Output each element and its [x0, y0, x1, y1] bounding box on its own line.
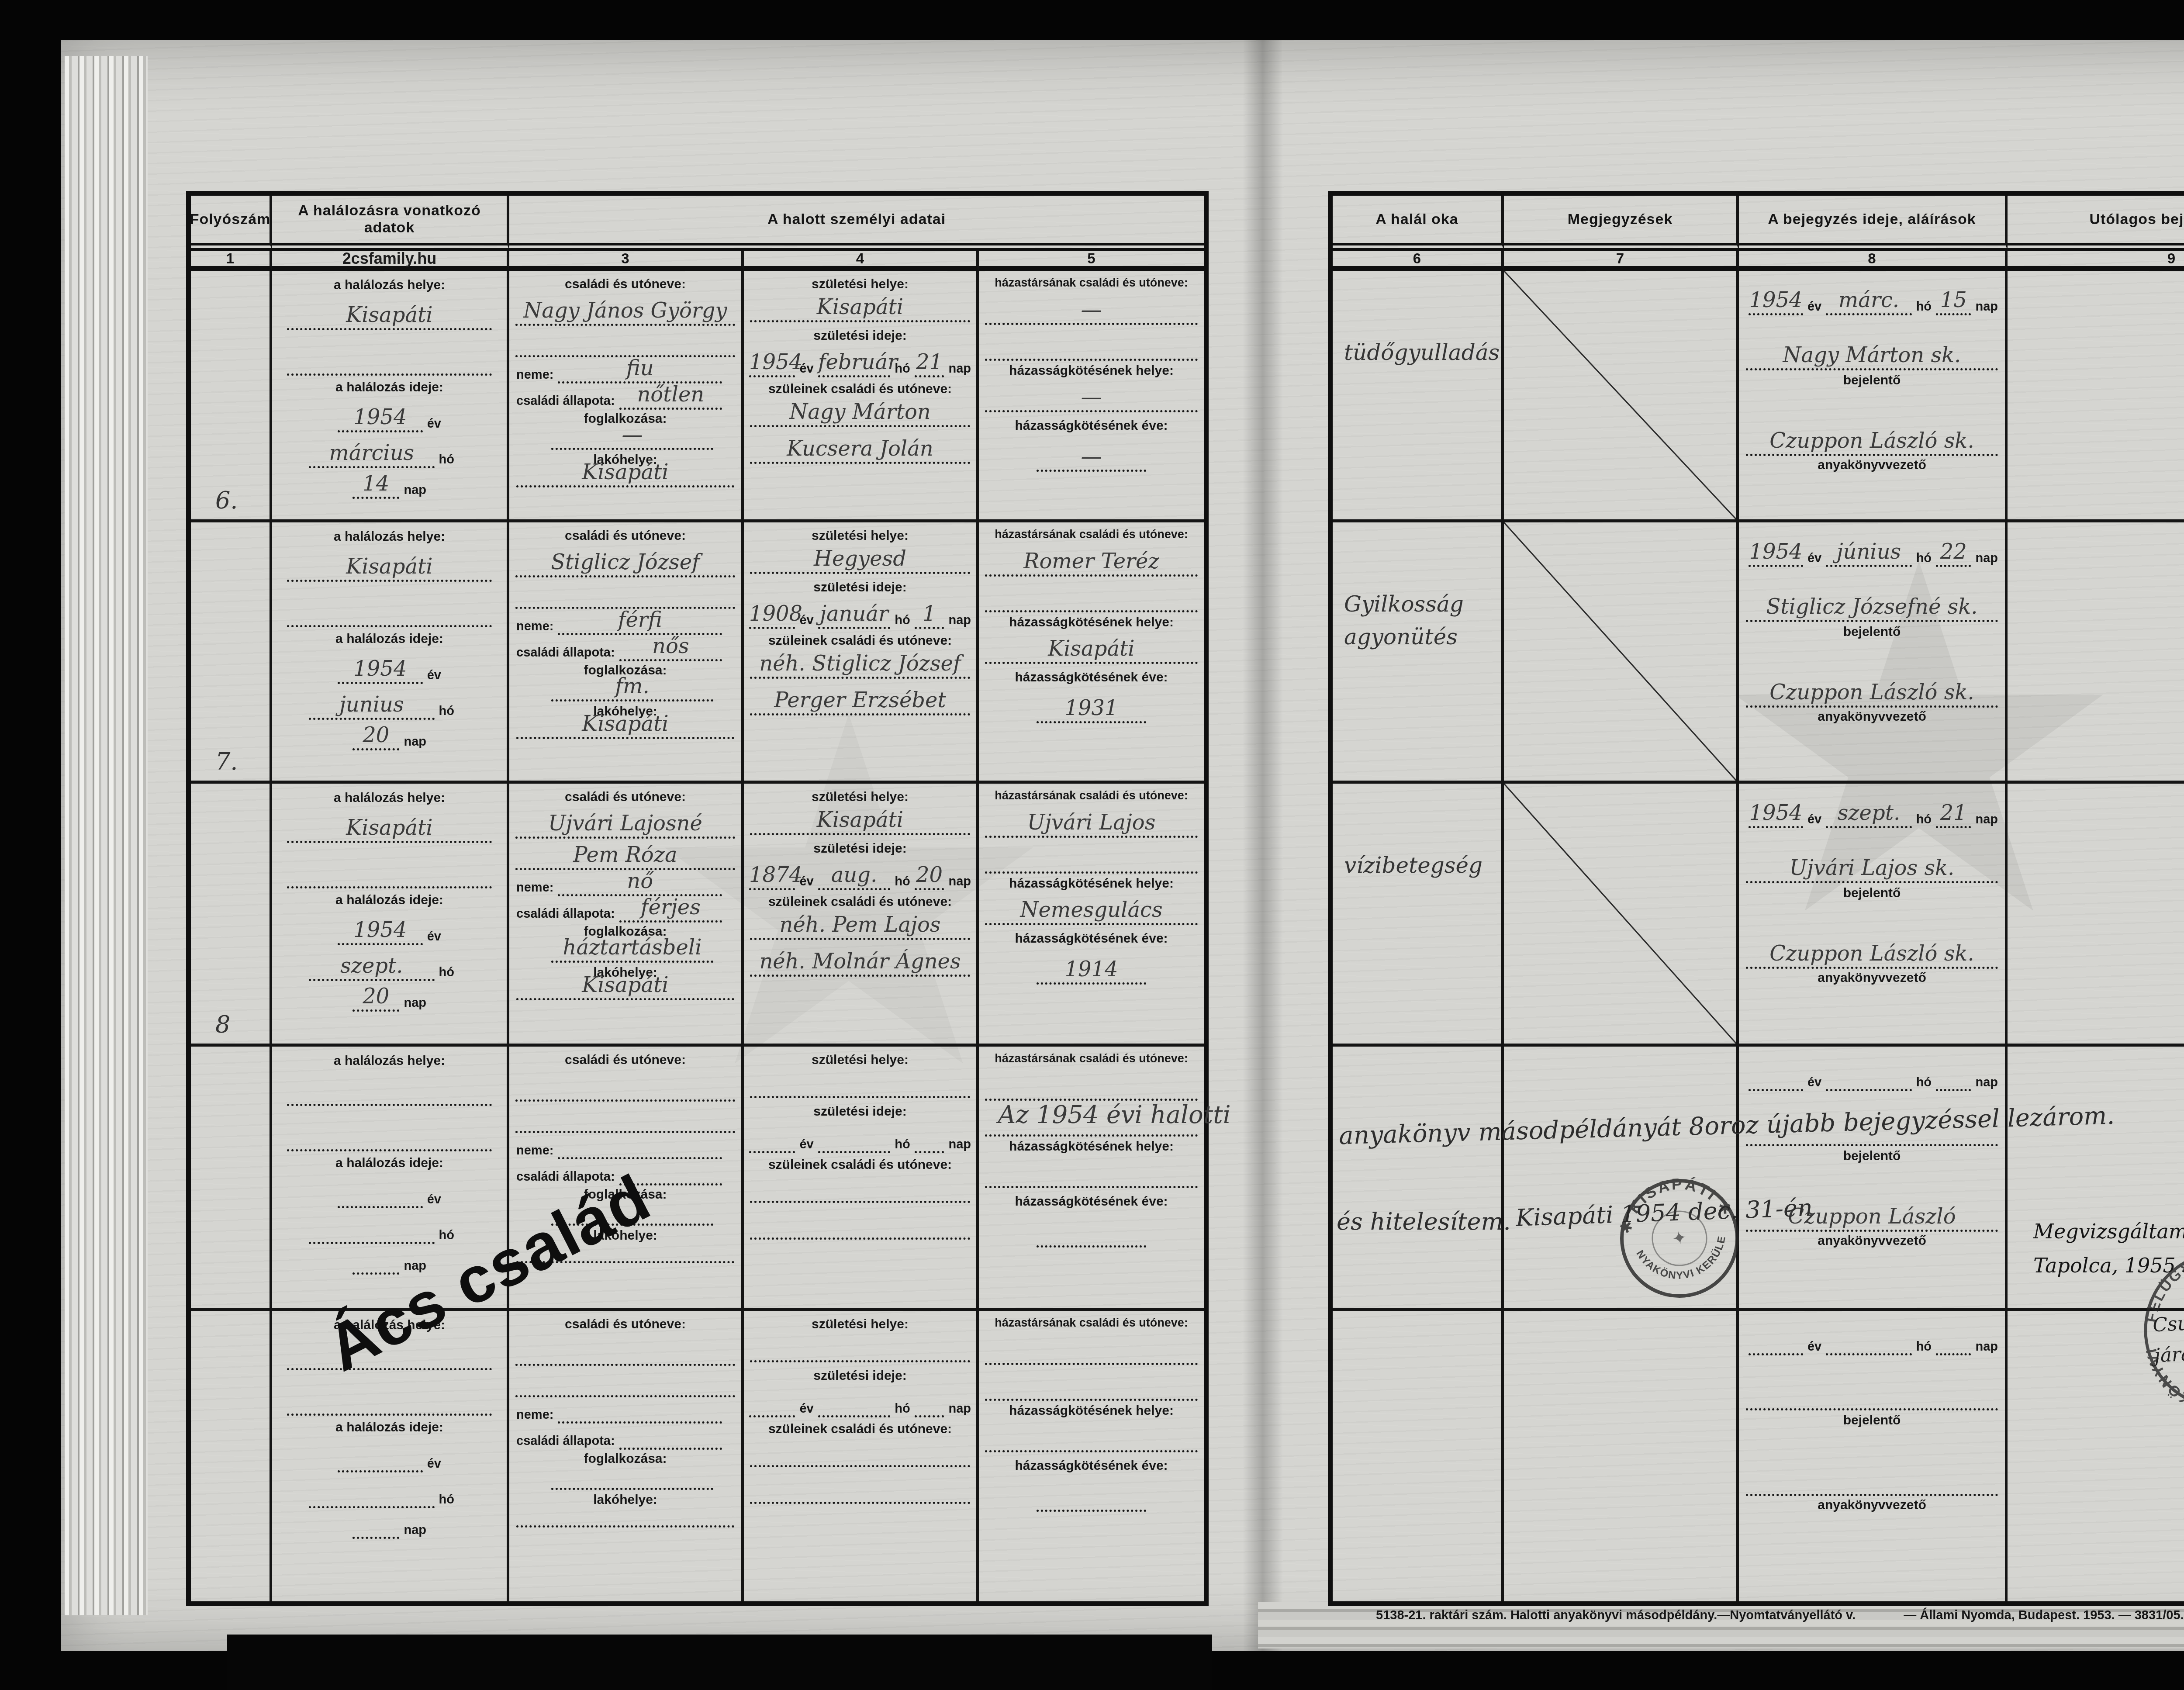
marriage-place-value: — [985, 385, 1198, 409]
serial-cell: 8 [191, 784, 272, 1047]
spouse-cell: házastársának családi és utóneve: Romer … [979, 522, 1204, 784]
death-place-label: a halálozás helye: [272, 278, 507, 293]
column-number-2-watermark: 2csfamily.hu [272, 251, 509, 271]
kisapati-district-stamp: ✱ KISAPÁTI ✱ ANYAKÖNYVI KERÜLET ✦ [1606, 1165, 1753, 1312]
column-header-death-data: A halálozásra vonatkozó adatok [272, 196, 509, 251]
page-stack-left-edge [65, 56, 148, 1615]
death-data-cell: a halálozás helye: Kisapáti a halálozás … [272, 784, 509, 1047]
person-cell: családi és utóneve: Stiglicz József neme… [509, 522, 744, 784]
column-number-7: 7 [1504, 251, 1739, 271]
residence-value: Kisapáti [516, 460, 734, 484]
marriage-place-label: házasságkötésének helye: [979, 363, 1204, 378]
spouse-cell: házastársának családi és utóneve: — háza… [979, 271, 1204, 522]
name-value: Nagy János György [515, 298, 735, 323]
marital-value: nőtlen [619, 382, 722, 407]
serial-cell: 7. [191, 522, 272, 784]
stamp-emblem: ✦ [1671, 1227, 1689, 1249]
late-entries-cell [2008, 271, 2184, 522]
strikethrough-line [1504, 271, 1736, 519]
column-number-3: 3 [509, 251, 744, 271]
column-number-9: 9 [2008, 251, 2184, 271]
death-data-cell: a halálozás helye: Kisapáti a halálozás … [272, 522, 509, 784]
birth-place-value: Kisapáti [750, 295, 970, 319]
cause-cell: Gyilkosság agyonütés [1333, 522, 1504, 784]
reporter-label: bejelentő [1739, 373, 2005, 388]
cause-cell [1333, 1311, 1504, 1601]
entry-cell: 1954év márc.hó 15nap Nagy Márton sk. bej… [1739, 271, 2008, 522]
cause-value: tüdőgyulladás [1344, 336, 1499, 369]
column-number-8: 8 [1739, 251, 2008, 271]
birth-cell: születési helye: születési ideje: év hó … [744, 1047, 979, 1311]
column-header-remarks: Megjegyzések [1504, 196, 1739, 251]
column-number-4: 4 [744, 251, 979, 271]
death-year-value: 1954 [338, 405, 423, 429]
late-entries-cell [2008, 522, 2184, 784]
left-register-table: Folyószám A halálozásra vonatkozó adatok… [186, 191, 1209, 1606]
column-number-6: 6 [1333, 251, 1504, 271]
serial-number: 7. [215, 748, 238, 775]
column-number-1: 1 [191, 251, 272, 271]
birth-year-value: 1954 [749, 350, 795, 374]
closure-note-fragment: Az 1954 évi halotti [998, 1101, 1231, 1129]
occupation-value: — [551, 422, 713, 447]
entry-day-value: 15 [1936, 288, 1971, 312]
marriage-year-label: házasságkötésének éve: [979, 418, 1204, 433]
entry-cell: év hó nap bejelentő Czuppon László anyak… [1739, 1047, 2008, 1311]
remarks-cell [1504, 1311, 1739, 1601]
death-time-label: a halálozás ideje: [272, 380, 507, 395]
remarks-cell [1504, 271, 1739, 522]
column-header-entry: A bejegyzés ideje, aláírások [1739, 196, 2008, 251]
spouse-value: — [985, 297, 1198, 322]
cause-cell: vízibetegség [1333, 784, 1504, 1047]
parents-label: szüleinek családi és utóneve: [744, 382, 976, 397]
person-cell: családi és utóneve: neme: családi állapo… [509, 1311, 744, 1601]
spouse-cell: házastársának családi és utóneve: házass… [979, 1311, 1204, 1601]
marriage-year-value: — [1037, 444, 1146, 469]
supervisor-signature: Csupor Irén, járási áh. felügy. [2152, 1302, 2184, 1372]
spouse-cell: házastársának családi és utóneve: házass… [979, 1047, 1204, 1311]
imprint-left: 5138-21. raktári szám. Halotti anyakönyv… [1376, 1608, 1856, 1622]
cause-cell: tüdőgyulladás [1333, 271, 1504, 522]
death-month-value: március [309, 441, 435, 465]
strikethrough-line [1504, 784, 1736, 1044]
serial-cell [191, 1047, 272, 1311]
column-header-personal-data: A halott személyi adatai [509, 196, 1204, 251]
registrar-label: anyakönyvvezető [1739, 458, 2005, 473]
registrar-signature: Czuppon László sk. [1746, 429, 1998, 453]
sex-value: fiu [558, 356, 722, 380]
late-entries-cell [2008, 784, 2184, 1047]
birth-cell: születési helye: születési ideje: év hó … [744, 1311, 979, 1601]
mother-value: Kucsera Jolán [750, 436, 970, 461]
entry-year-value: 1954 [1749, 288, 1803, 312]
remarks-cell [1504, 522, 1739, 784]
entry-cell: év hó nap bejelentő anyakönyvvezető [1739, 1311, 2008, 1601]
person-cell: családi és utóneve: Nagy János György ne… [509, 271, 744, 522]
scan-black-area [227, 1635, 1212, 1690]
birth-place-label: születési helye: [744, 277, 976, 292]
book-gutter [1243, 40, 1283, 1651]
printer-imprint: 5138-21. raktári szám. Halotti anyakönyv… [1376, 1608, 2184, 1623]
right-register-table: A halál oka Megjegyzések A bejegyzés ide… [1328, 191, 2184, 1606]
remarks-cell [1504, 784, 1739, 1047]
birth-month-value: február [818, 350, 891, 374]
cause-cell [1333, 1047, 1504, 1311]
birth-cell: születési helye: Kisapáti születési idej… [744, 271, 979, 522]
column-header-cause: A halál oka [1333, 196, 1504, 251]
birth-day-value: 21 [915, 350, 944, 374]
death-day-value: 14 [352, 471, 399, 496]
reporter-signature: Nagy Márton sk. [1746, 343, 1998, 367]
entry-cell: 1954év júniushó 22nap Stiglicz Józsefné … [1739, 522, 2008, 784]
entry-cell: 1954év szept.hó 21nap Ujvári Lajos sk. b… [1739, 784, 2008, 1047]
closure-note-line2: és hitelesítem. [1337, 1208, 1511, 1235]
imprint-right: — Állami Nyomda, Budapest. 1953. — 3831/… [1904, 1608, 2184, 1622]
name-label: családi és utóneve: [509, 277, 741, 292]
column-header-late-entries: Utólagos bejegyzések [2008, 196, 2184, 251]
birth-cell: születési helye: Kisapáti születési idej… [744, 784, 979, 1047]
serial-number: 8 [215, 1011, 230, 1038]
entry-month-value: márc. [1826, 288, 1911, 312]
strikethrough-line [1504, 522, 1736, 781]
serial-number: 6. [215, 487, 238, 514]
spouse-label: házastársának családi és utóneve: [979, 276, 1204, 290]
person-cell: családi és utóneve: Ujvári Lajosné Pem R… [509, 784, 744, 1047]
birth-time-label: születési ideje: [744, 328, 976, 343]
birth-cell: születési helye: Hegyesd születési ideje… [744, 522, 979, 784]
serial-cell [191, 1311, 272, 1601]
spouse-cell: házastársának családi és utóneve: Ujvári… [979, 784, 1204, 1047]
column-number-5: 5 [979, 251, 1204, 271]
father-value: Nagy Márton [750, 400, 970, 424]
death-place-value: Kisapáti [287, 303, 492, 327]
column-header-folyoszam: Folyószám [191, 196, 272, 251]
serial-cell: 6. [191, 271, 272, 522]
death-data-cell: a halálozás helye: Kisapáti a halálozás … [272, 271, 509, 522]
